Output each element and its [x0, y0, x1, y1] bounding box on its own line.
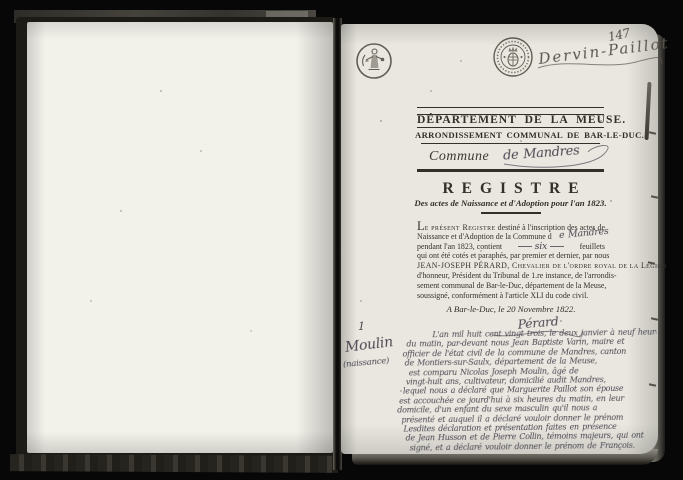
crowned-arms-stamp-icon — [492, 36, 534, 78]
statement-line: d'honneur, Président du Tribunal de 1.re… — [417, 271, 605, 281]
rule — [417, 127, 604, 129]
statement-line: pendant l'an 1823, contientsixfeuillets — [417, 242, 605, 252]
statement-line: Naissance et d'Adoption de la Commune de… — [417, 232, 605, 242]
signature-flourish — [536, 56, 664, 72]
book-bottom-edge — [10, 454, 338, 473]
commune-handwritten-insert: e Mandres — [559, 227, 609, 241]
left-blank-page — [27, 22, 333, 453]
allegorical-figure-stamp-icon — [355, 42, 393, 80]
arrondissement-heading: ARRONDISSEMENT COMMUNAL DE BAR-LE-DUC. — [415, 130, 606, 140]
register-title: REGISTRE — [417, 180, 604, 198]
act-margin-number: 1 — [358, 320, 365, 333]
short-rule — [481, 212, 541, 214]
register-statement: Le présent Registre destiné à l'inscript… — [417, 222, 605, 300]
smallcaps-text: e présent Registre — [425, 223, 496, 232]
commune-label: Commune — [429, 149, 489, 165]
register-subtitle: Des actes de Naissance et d'Adoption pou… — [409, 198, 612, 208]
department-heading: DÉPARTEMENT DE LA MEUSE. — [417, 113, 604, 126]
statement-line: soussigné, conformément à l'article XLI … — [417, 291, 605, 301]
statement-text: Naissance et d'Adoption de la Commune d — [417, 232, 552, 241]
commune-flourish — [500, 144, 610, 170]
statement-line: qui ont été cotés et paraphés, par premi… — [417, 251, 605, 261]
paper-speckle-texture — [0, 0, 2, 2]
statement-text: feuillets — [580, 242, 605, 252]
statement-text: pendant l'an 1823, contient — [417, 242, 502, 252]
thick-rule — [417, 169, 604, 172]
handwritten-birth-act: L'an mil huit cent vingt trois, le deux … — [402, 327, 657, 452]
statement-line: JEAN-JOSEPH PÉRARD, Chevalier de l'ordre… — [417, 261, 605, 271]
folio-count-handwritten: six — [515, 242, 567, 252]
scanned-register-page: 147 Dervin-Paillot DÉPARTEMENT DE LA MEU… — [0, 0, 683, 480]
statement-line: sement communal de Bar-le-Duc, départeme… — [417, 281, 605, 291]
